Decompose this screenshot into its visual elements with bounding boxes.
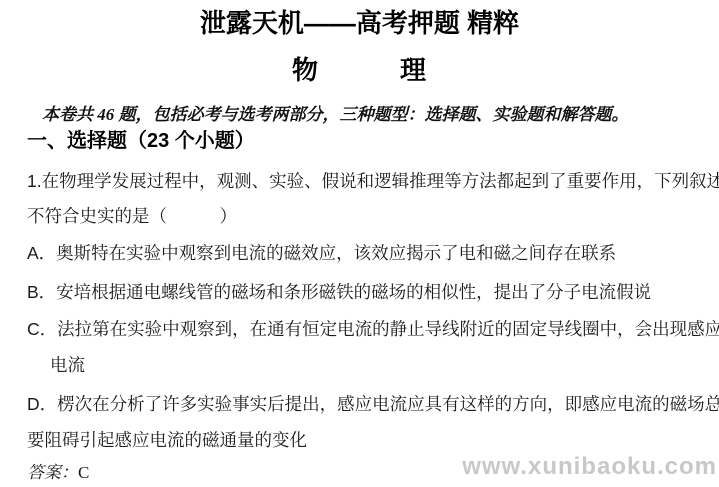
intro-note: 本卷共 46 题，包括必考与选考两部分，三种题型：选择题、实验题和解答题。 bbox=[42, 103, 629, 126]
option-a: A．奥斯特在实验中观察到电流的磁效应，该效应揭示了电和磁之间存在联系 bbox=[27, 242, 616, 265]
option-d-line-1: D．楞次在分析了许多实验事实后提出，感应电流应具有这样的方向，即感应电流的磁场总 bbox=[27, 393, 719, 416]
question-1-text-line-2: 不符合史实的是（ ） bbox=[27, 205, 237, 228]
answer-value: C bbox=[78, 463, 89, 482]
exam-page: 泄露天机——高考押题 精粹 物 理 本卷共 46 题，包括必考与选考两部分，三种… bbox=[0, 0, 719, 487]
question-1-text-line-1: 1.在物理学发展过程中，观测、实验、假说和逻辑推理等方法都起到了重要作用，下列叙… bbox=[27, 170, 719, 193]
section-heading: 一、选择题（23 个小题） bbox=[27, 129, 255, 154]
answer-label: 答案： bbox=[27, 463, 78, 482]
watermark: www.xunibaoku.com bbox=[462, 453, 717, 481]
answer-line: 答案：C bbox=[27, 461, 89, 484]
option-d-line-2: 要阻碍引起感应电流的磁通量的变化 bbox=[27, 429, 307, 452]
doc-title: 泄露天机——高考押题 精粹 bbox=[0, 8, 719, 38]
option-c-line-2: 电流 bbox=[50, 354, 85, 377]
option-c-line-1: C．法拉第在实验中观察到，在通有恒定电流的静止导线附近的固定导线圈中，会出现感应 bbox=[27, 318, 719, 341]
option-b: B．安培根据通电螺线管的磁场和条形磁铁的磁场的相似性，提出了分子电流假说 bbox=[27, 281, 651, 304]
doc-subject: 物 理 bbox=[0, 55, 719, 85]
